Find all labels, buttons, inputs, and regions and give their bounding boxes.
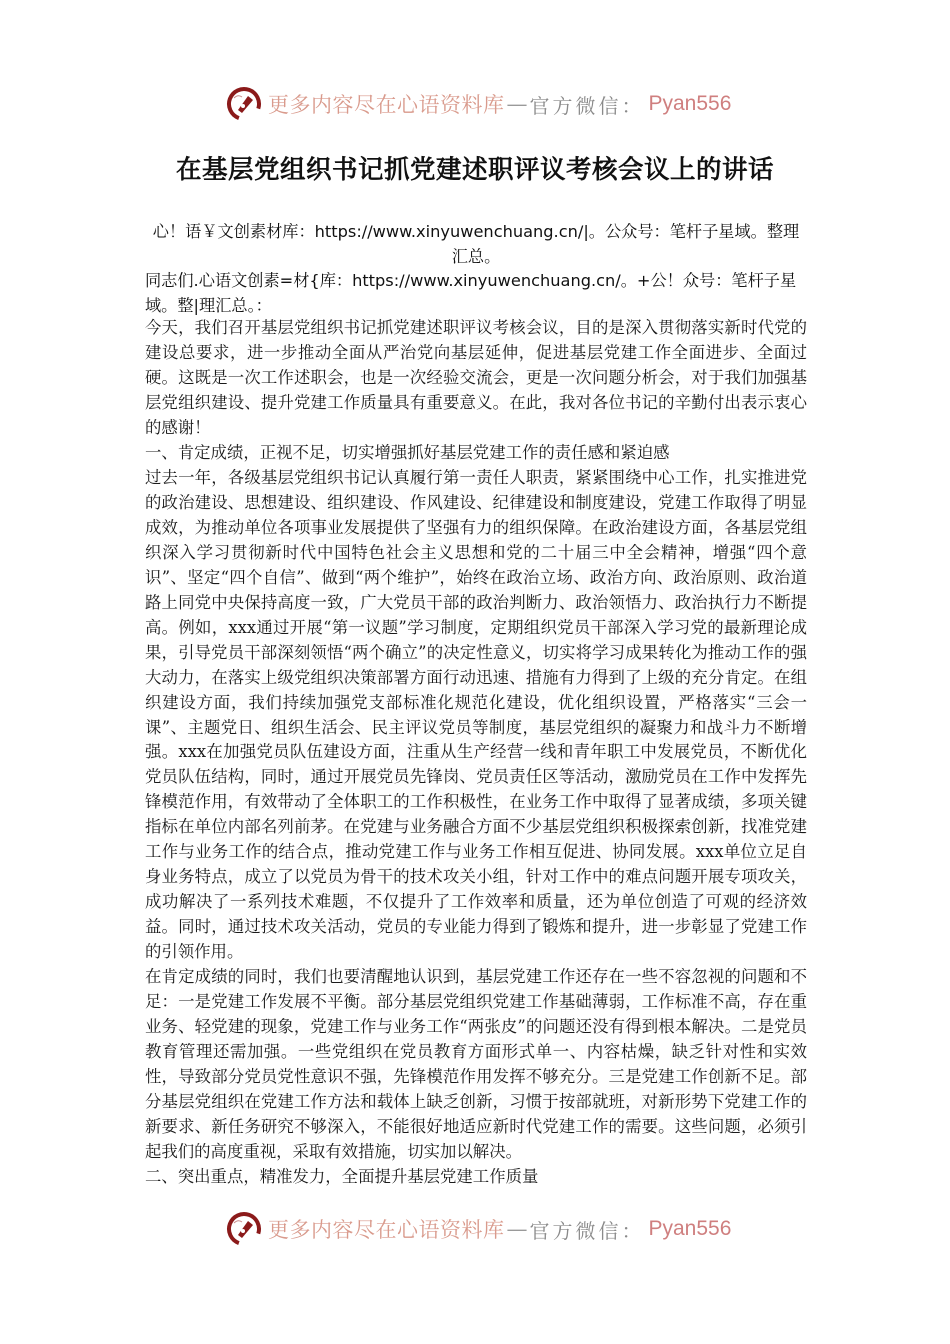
document-body: 今天，我们召开基层党组织书记抓党建述职评议考核会议，目的是深入贯彻落实新时代党的… [145,316,807,1190]
document-title: 在基层党组织书记抓党建述职评议考核会议上的讲话 [0,150,950,186]
source-note-1: 心！语￥文创素材库：https://www.xinyuwenchuang.cn/… [145,219,807,269]
paragraph-problems: 在肯定成绩的同时，我们也要清醒地认识到，基层党建工作还存在一些不容忽视的问题和不… [145,965,807,1165]
dash-separator: — [507,92,528,116]
wechat-id: Pyan556 [649,1217,732,1241]
paragraph-intro: 今天，我们召开基层党组织书记抓党建述职评议考核会议，目的是深入贯彻落实新时代党的… [145,316,807,441]
pen-nib-logo-icon [226,1211,262,1247]
promo-text: 更多内容尽在心语资料库 [268,1214,505,1244]
promo-text: 更多内容尽在心语资料库 [268,89,505,119]
wechat-label: 官方微信： [530,1215,645,1244]
section-heading-2: 二、突出重点，精准发力，全面提升基层党建工作质量 [145,1165,807,1190]
dash-separator: — [507,1217,528,1241]
section-heading-1: 一、肯定成绩，正视不足，切实增强抓好基层党建工作的责任感和紧迫感 [145,441,807,466]
footer-banner: 更多内容尽在心语资料库 — 官方微信： Pyan556 [226,1209,726,1249]
wechat-id: Pyan556 [649,92,732,116]
header-banner: 更多内容尽在心语资料库 — 官方微信： Pyan556 [226,84,726,124]
pen-nib-logo-icon [226,86,262,122]
wechat-label: 官方微信： [530,90,645,119]
paragraph-achievements: 过去一年，各级基层党组织书记认真履行第一责任人职责，紧紧围绕中心工作，扎实推进党… [145,466,807,965]
source-note-2: 同志们.心语文创素=材{库：https://www.xinyuwenchuang… [145,268,807,318]
